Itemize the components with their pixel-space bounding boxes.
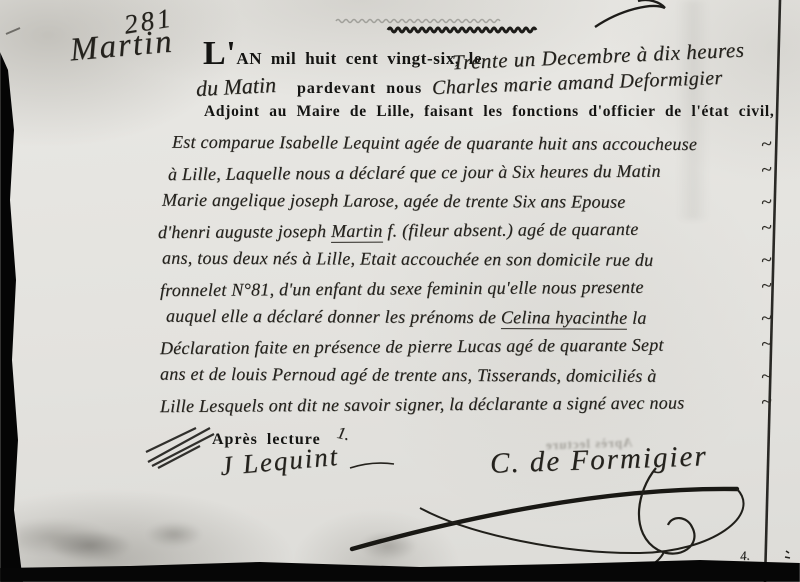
- ink-smudge: [338, 522, 438, 570]
- ink-smudge: [18, 512, 258, 568]
- act-text-segment: f. (fileur absent.) agé de quarante: [383, 219, 639, 241]
- act-text-segment: auquel elle a déclaré donner les prénoms…: [166, 306, 501, 327]
- line-end-dash: ~: [759, 390, 773, 414]
- act-line-6: fronnelet N°81, d'un enfant du sexe femi…: [160, 275, 772, 302]
- line-end-dash: ~: [759, 158, 773, 182]
- line-end-dash: ~: [759, 133, 773, 157]
- previous-act-flourish: [595, 0, 665, 27]
- act-text-segment: d'henri auguste joseph: [158, 221, 331, 242]
- act-line-text: fronnelet N°81, d'un enfant du sexe femi…: [160, 277, 644, 301]
- act-line-7: auquel elle a déclaré donner les prénoms…: [166, 305, 772, 331]
- printed-pardevant: pardevant nous: [297, 80, 422, 98]
- printed-officer-title: Adjoint au Maire de Lille, faisant les f…: [204, 103, 774, 121]
- underlined-surname: Martin: [331, 221, 383, 243]
- margin-family-name: Martin: [69, 24, 176, 70]
- handwritten-time: du Matin: [195, 72, 276, 102]
- register-page-scan: 281 Martin L'AN mil huit cent vingt-six,…: [0, 0, 800, 582]
- bottom-right-specks: [785, 551, 790, 558]
- printed-opening: L'AN mil huit cent vingt-six, le: [203, 40, 482, 69]
- paraph-inner-loop: [639, 468, 695, 554]
- act-line-text: ans, tous deux nés à Lille, Etait accouc…: [162, 248, 653, 271]
- act-line-5: ans, tous deux nés à Lille, Etait accouc…: [162, 247, 772, 273]
- act-line-9: ans et de louis Pernoud agé de trente an…: [160, 363, 772, 389]
- act-line-text: Lille Lesquels ont dit ne savoir signer,…: [160, 392, 685, 417]
- margin-scribble: [146, 428, 214, 468]
- officer-signature: C. de Formigier: [489, 440, 708, 481]
- act-line-10: Lille Lesquels ont dit ne savoir signer,…: [160, 391, 772, 418]
- act-line-text: Déclaration faite en présence de pierre …: [160, 335, 664, 360]
- paraph-return-loop: [420, 489, 744, 553]
- signature-trailing-stroke: [350, 463, 394, 468]
- act-line-text: d'henri auguste joseph Martin f. (fileur…: [158, 219, 639, 243]
- line-end-dash: ~: [759, 274, 773, 298]
- act-line-text: à Lille, Laquelle nous a déclaré que ce …: [168, 161, 661, 185]
- act-line-1: Est comparue Isabelle Lequint agée de qu…: [172, 131, 772, 157]
- act-text-segment: la: [627, 308, 646, 328]
- line-end-dash: ~: [759, 365, 773, 389]
- act-line-4: d'henri auguste joseph Martin f. (fileur…: [158, 217, 772, 244]
- underlined-given-names: Celina hyacinthe: [501, 307, 628, 330]
- scan-edge-left: [0, 0, 26, 582]
- closing-squiggle: [388, 28, 536, 32]
- line-end-dash: ~: [759, 307, 773, 331]
- line-end-dash: ~: [759, 191, 773, 215]
- act-line-text: Marie angelique joseph Larose, agée de t…: [162, 190, 626, 213]
- act-line-text: ans et de louis Pernoud agé de trente an…: [160, 364, 657, 387]
- act-line-8: Déclaration faite en présence de pierre …: [160, 333, 772, 360]
- act-line-2: à Lille, Laquelle nous a déclaré que ce …: [168, 159, 772, 186]
- closing-squiggle-faint: [336, 20, 500, 23]
- corner-speck: [6, 28, 20, 34]
- act-line-3: Marie angelique joseph Larose, agée de t…: [162, 189, 772, 215]
- act-line-text: auquel elle a déclaré donner les prénoms…: [166, 306, 647, 329]
- line-end-dash: ~: [759, 332, 773, 356]
- line-end-dash: ~: [759, 216, 773, 240]
- act-line-text: Est comparue Isabelle Lequint agée de qu…: [172, 132, 697, 155]
- line-end-dash: ~: [759, 249, 773, 273]
